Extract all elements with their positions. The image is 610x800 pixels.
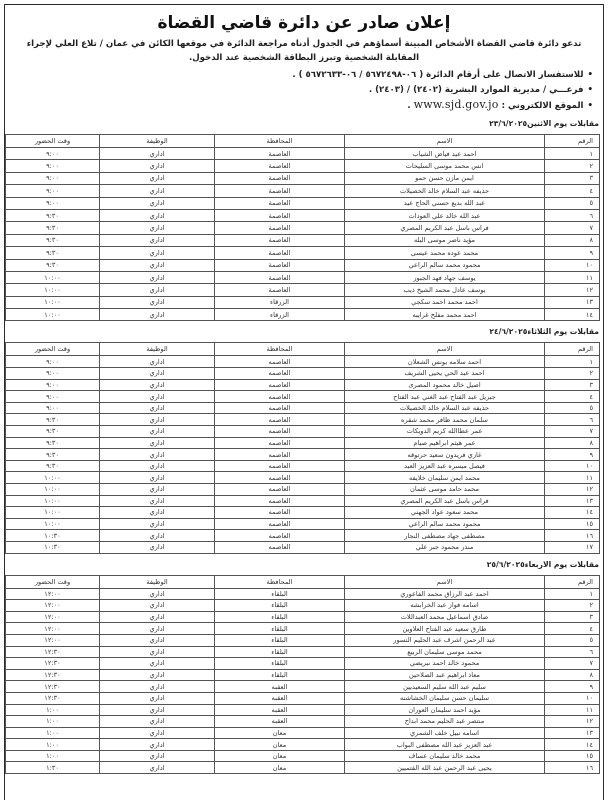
- cell-governorate: العقبه: [215, 704, 345, 716]
- table-row: ٣صادق اسماعيل محمد العبداللاتالبلقاءادار…: [6, 611, 600, 623]
- cell-name: محمد موسى سليمان الربيع: [345, 646, 545, 658]
- cell-number: ١١: [545, 472, 600, 484]
- cell-governorate: الزرقاء: [215, 309, 345, 321]
- cell-time: ٩:٣٠: [6, 247, 100, 259]
- cell-name: اسامه نبيل خلف الشمري: [345, 727, 545, 739]
- cell-number: ٦: [545, 209, 600, 221]
- cell-job: اداري: [100, 296, 215, 308]
- cell-governorate: العاصمه: [215, 437, 345, 449]
- cell-job: اداري: [100, 356, 215, 368]
- cell-governorate: العاصمه: [215, 391, 345, 403]
- cell-governorate: العاصمة: [215, 284, 345, 296]
- cell-time: ٩:٣٠: [6, 259, 100, 271]
- cell-time: ١:٠٠: [6, 727, 100, 739]
- cell-job: اداري: [100, 437, 215, 449]
- cell-number: ٨: [545, 669, 600, 681]
- cell-number: ٤: [545, 185, 600, 197]
- table-row: ٤حذيفه عبد السلام خالد الخصيلاتالعاصمةاد…: [6, 185, 600, 197]
- cell-number: ١٧: [545, 541, 600, 553]
- cell-job: اداري: [100, 634, 215, 646]
- cell-name: يوسف جهاد فهد الجبور: [345, 271, 545, 283]
- cell-number: ٤: [545, 391, 600, 403]
- cell-job: اداري: [100, 259, 215, 271]
- table-row: ١١مؤيد احمد سليمان العورانالعقبهاداري١:٠…: [6, 704, 600, 716]
- cell-time: ٩:٠٠: [6, 368, 100, 380]
- cell-governorate: العاصمة: [215, 271, 345, 283]
- cell-number: ١٥: [545, 750, 600, 762]
- cell-number: ١٢: [545, 716, 600, 728]
- cell-number: ٦: [545, 646, 600, 658]
- cell-time: ٩:٣٠: [6, 449, 100, 461]
- cell-governorate: العاصمه: [215, 484, 345, 496]
- cell-governorate: العاصمه: [215, 449, 345, 461]
- cell-time: ١٢:٣٠: [6, 646, 100, 658]
- cell-job: اداري: [100, 739, 215, 751]
- header-governorate: المحافظة: [215, 575, 345, 588]
- table-header-row: الرقم الاسم المحافظة الوظيفة وقت الحضور: [6, 135, 600, 148]
- cell-name: حذيفه عبد السلام خالد الخصيلات: [345, 402, 545, 414]
- cell-governorate: العاصمة: [215, 259, 345, 271]
- table-row: ٩غازي فريدون سعيد حرتوقهالعاصمهاداري٩:٣٠: [6, 449, 600, 461]
- cell-time: ١٠:٠٠: [6, 296, 100, 308]
- cell-number: ١٦: [545, 762, 600, 774]
- cell-number: ٨: [545, 437, 600, 449]
- cell-governorate: العاصمة: [215, 234, 345, 246]
- cell-number: ١: [545, 356, 600, 368]
- cell-governorate: البلقاء: [215, 588, 345, 600]
- schedule-table: الرقم الاسم المحافظة الوظيفة وقت الحضور …: [5, 342, 600, 553]
- cell-name: صادق اسماعيل محمد العبداللات: [345, 611, 545, 623]
- table-row: ٧عمر عطاالله كريم الدويكاتالعاصمهاداري٩:…: [6, 426, 600, 438]
- cell-governorate: البلقاء: [215, 669, 345, 681]
- cell-time: ٩:٣٠: [6, 222, 100, 234]
- cell-number: ٧: [545, 222, 600, 234]
- cell-governorate: معان: [215, 727, 345, 739]
- cell-name: محمد حامد موسى عثمان: [345, 484, 545, 496]
- cell-job: اداري: [100, 271, 215, 283]
- schedule-table: الرقم الاسم المحافظة الوظيفة وقت الحضور …: [5, 575, 600, 775]
- cell-governorate: معان: [215, 750, 345, 762]
- table-row: ١٠سليمان حسن سليمان الخشاشنهالعقبهاداري١…: [6, 692, 600, 704]
- table-row: ٥حذيفه عبد السلام خالد الخصيلاتالعاصمهاد…: [6, 402, 600, 414]
- cell-job: اداري: [100, 669, 215, 681]
- table-row: ٢اسامه فواز عبد الخرابشهالبلقاءاداري١٢:٠…: [6, 600, 600, 612]
- table-row: ٨معاذ ابراهيم عبد الصلاحينالبلقاءاداري١٢…: [6, 669, 600, 681]
- cell-governorate: البلقاء: [215, 600, 345, 612]
- cell-governorate: البلقاء: [215, 634, 345, 646]
- cell-name: يوسف عادل محمد الشيخ ذيب: [345, 284, 545, 296]
- cell-job: اداري: [100, 472, 215, 484]
- cell-job: اداري: [100, 681, 215, 693]
- cell-name: عبد العزيز عبد الله مصطفى البواب: [345, 739, 545, 751]
- cell-name: عبد الله بديع حسني الحاج عيد: [345, 197, 545, 209]
- table-header-row: الرقم الاسم المحافظة الوظيفة وقت الحضور: [6, 575, 600, 588]
- cell-time: ٩:٠٠: [6, 197, 100, 209]
- cell-governorate: العاصمه: [215, 541, 345, 553]
- table-row: ١احمد سلامه يونس الشعلانالعاصمهاداري٩:٠٠: [6, 356, 600, 368]
- cell-job: اداري: [100, 530, 215, 542]
- cell-name: اصيل خالد محمود المصرى: [345, 379, 545, 391]
- cell-number: ١٢: [545, 284, 600, 296]
- cell-job: اداري: [100, 518, 215, 530]
- cell-job: اداري: [100, 247, 215, 259]
- cell-job: اداري: [100, 600, 215, 612]
- cell-time: ١٠:٠٠: [6, 507, 100, 519]
- table-row: ٦عبد الله خالد علي العوداتالعاصمةاداري٩:…: [6, 209, 600, 221]
- cell-time: ١٠:٠٠: [6, 484, 100, 496]
- announcement-frame: إعلان صادر عن دائرة قاضي القضاة تدعو دائ…: [4, 4, 604, 800]
- cell-number: ١٣: [545, 296, 600, 308]
- header-number: الرقم: [545, 343, 600, 356]
- cell-number: ٩: [545, 681, 600, 693]
- cell-governorate: العاصمة: [215, 222, 345, 234]
- cell-job: اداري: [100, 426, 215, 438]
- schedule-section: مقابلات يوم الثلاثاء٢٤/٦/٢٠٢٥ الرقم الاس…: [5, 327, 603, 553]
- cell-job: اداري: [100, 234, 215, 246]
- cell-name: سليمان حسن سليمان الخشاشنه: [345, 692, 545, 704]
- cell-name: مؤيد احمد سليمان العوران: [345, 704, 545, 716]
- header-time: وقت الحضور: [6, 575, 100, 588]
- cell-name: مصطفى جهاد مصطفى النجار: [345, 530, 545, 542]
- cell-job: اداري: [100, 185, 215, 197]
- cell-number: ١١: [545, 271, 600, 283]
- cell-time: ١:٣٠: [6, 762, 100, 774]
- contact-bullets: للاستفسار الاتصال على أرقام الدائرة ( ٠٦…: [5, 68, 603, 113]
- announcement-intro: تدعو دائرة قاضي القضاة الأشخاص المبينة أ…: [5, 37, 603, 65]
- cell-time: ١٠:٠٠: [6, 309, 100, 321]
- table-row: ١احمد عبد الرزاق محمد الفاعوريالبلقاءادا…: [6, 588, 600, 600]
- header-job: الوظيفة: [100, 343, 215, 356]
- cell-name: ايمن مازن حسن حمو: [345, 172, 545, 184]
- header-number: الرقم: [545, 135, 600, 148]
- table-row: ١٤عبد العزيز عبد الله مصطفى البوابمعاناد…: [6, 739, 600, 751]
- cell-governorate: العاصمة: [215, 172, 345, 184]
- cell-number: ١٠: [545, 692, 600, 704]
- cell-governorate: البلقاء: [215, 658, 345, 670]
- cell-governorate: البلقاء: [215, 623, 345, 635]
- cell-name: محمد ايمن سليمان خلايفه: [345, 472, 545, 484]
- table-row: ١٥محمود محمد سالم الراعيالعاصمهاداري١٠:٠…: [6, 518, 600, 530]
- table-row: ١٦مصطفى جهاد مصطفى النجارالعاصمهاداري١٠:…: [6, 530, 600, 542]
- cell-time: ١٢:٣٠: [6, 681, 100, 693]
- table-row: ٥عبد الرحمن اشرف عبد الحليم النسورالبلقا…: [6, 634, 600, 646]
- cell-job: اداري: [100, 541, 215, 553]
- cell-name: غازي فريدون سعيد حرتوقه: [345, 449, 545, 461]
- cell-name: منذر محمود جبر علي: [345, 541, 545, 553]
- cell-time: ١٢:٠٠: [6, 611, 100, 623]
- cell-time: ٩:٠٠: [6, 160, 100, 172]
- table-row: ١٢يوسف عادل محمد الشيخ ذيبالعاصمةاداري١٠…: [6, 284, 600, 296]
- cell-time: ١:٠٠: [6, 704, 100, 716]
- cell-number: ١: [545, 148, 600, 160]
- schedule-section: مقابلات يوم الاربعاء٢٥/٦/٢٠٢٥ الرقم الاس…: [5, 560, 603, 775]
- cell-governorate: العاصمة: [215, 148, 345, 160]
- cell-time: ١٢:٠٠: [6, 600, 100, 612]
- table-row: ١٣اسامه نبيل خلف الشمريمعاناداري١:٠٠: [6, 727, 600, 739]
- cell-number: ٢: [545, 600, 600, 612]
- cell-name: عمر عطاالله كريم الدويكات: [345, 426, 545, 438]
- cell-governorate: العاصمه: [215, 530, 345, 542]
- table-row: ١٥محمد خالد سليمان عسافمعاناداري١:٠٠: [6, 750, 600, 762]
- cell-name: منتصر عبد الحليم محمد ابداح: [345, 716, 545, 728]
- cell-name: محمد سعود عواد الجهني: [345, 507, 545, 519]
- cell-job: اداري: [100, 172, 215, 184]
- table-row: ٦محمد موسى سليمان الربيعالبلقاءاداري١٢:٣…: [6, 646, 600, 658]
- cell-governorate: العاصمة: [215, 197, 345, 209]
- announcement-title: إعلان صادر عن دائرة قاضي القضاة: [5, 13, 603, 33]
- cell-time: ١٠:٠٠: [6, 495, 100, 507]
- cell-number: ٩: [545, 449, 600, 461]
- cell-number: ١٤: [545, 507, 600, 519]
- cell-number: ١٥: [545, 518, 600, 530]
- cell-time: ٩:٣٠: [6, 234, 100, 246]
- cell-job: اداري: [100, 209, 215, 221]
- cell-time: ١٠:٠٠: [6, 284, 100, 296]
- cell-number: ٢: [545, 160, 600, 172]
- cell-job: اداري: [100, 160, 215, 172]
- cell-name: انس محمد موسى السليحات: [345, 160, 545, 172]
- cell-time: ١:٠٠: [6, 739, 100, 751]
- cell-name: محمود خالد احمد نبريصي: [345, 658, 545, 670]
- cell-name: سليم عبد الله سليم السعيديين: [345, 681, 545, 693]
- cell-number: ٣: [545, 611, 600, 623]
- cell-job: اداري: [100, 368, 215, 380]
- cell-governorate: العاصمه: [215, 402, 345, 414]
- header-job: الوظيفة: [100, 135, 215, 148]
- cell-number: ١٦: [545, 530, 600, 542]
- cell-number: ١٠: [545, 259, 600, 271]
- cell-job: اداري: [100, 379, 215, 391]
- cell-name: سلمان محمد ظافر محمد شقره: [345, 414, 545, 426]
- cell-time: ٩:٠٠: [6, 379, 100, 391]
- cell-governorate: العاصمه: [215, 472, 345, 484]
- cell-time: ١٠:٣٠: [6, 541, 100, 553]
- table-row: ١٤احمد محمد مفلح غرايبهالزرقاءاداري١٠:٠٠: [6, 309, 600, 321]
- table-row: ١٦يحيى عبد الرحمن عبد الله القتميينمعانا…: [6, 762, 600, 774]
- cell-name: عمر هيثم ابراهيم صيام: [345, 437, 545, 449]
- cell-job: اداري: [100, 507, 215, 519]
- cell-name: محمد خالد سليمان عساف: [345, 750, 545, 762]
- table-row: ١٧منذر محمود جبر عليالعاصمهاداري١٠:٣٠: [6, 541, 600, 553]
- table-row: ١١يوسف جهاد فهد الجبورالعاصمةاداري١٠:٠٠: [6, 271, 600, 283]
- cell-name: طارق سعيد عبد الفتاح العلاوين: [345, 623, 545, 635]
- website-link[interactable]: www.sjd.gov.jo: [414, 98, 499, 111]
- cell-name: احمد محمد مفلح غرايبه: [345, 309, 545, 321]
- cell-job: اداري: [100, 222, 215, 234]
- cell-time: ٩:٠٠: [6, 391, 100, 403]
- table-row: ٣ايمن مازن حسن حموالعاصمةاداري٩:٠٠: [6, 172, 600, 184]
- table-row: ١احمد عيد فياض الشيابالعاصمةاداري٩:٠٠: [6, 148, 600, 160]
- cell-time: ١٢:٠٠: [6, 634, 100, 646]
- cell-name: محمود محمد سالم الراعي: [345, 259, 545, 271]
- bullet-extension: فرعـــي / مديرية الموارد البشرية (٢٤٠٢) …: [5, 83, 593, 97]
- cell-governorate: العاصمه: [215, 379, 345, 391]
- cell-job: اداري: [100, 623, 215, 635]
- cell-governorate: العاصمه: [215, 507, 345, 519]
- cell-job: اداري: [100, 646, 215, 658]
- table-row: ٣اصيل خالد محمود المصرىالعاصمهاداري٩:٠٠: [6, 379, 600, 391]
- cell-governorate: العقبه: [215, 692, 345, 704]
- cell-time: ١٠:٠٠: [6, 271, 100, 283]
- cell-time: ٩:٠٠: [6, 185, 100, 197]
- cell-name: حذيفه عبد السلام خالد الخصيلات: [345, 185, 545, 197]
- cell-governorate: العاصمه: [215, 356, 345, 368]
- cell-number: ٨: [545, 234, 600, 246]
- cell-governorate: معان: [215, 762, 345, 774]
- section-title: مقابلات يوم الاربعاء٢٥/٦/٢٠٢٥: [5, 560, 599, 570]
- bullet-website: الموقع الالكتروني : www.sjd.gov.jo .: [5, 98, 593, 113]
- cell-governorate: الزرقاء: [215, 296, 345, 308]
- table-row: ٦سلمان محمد ظافر محمد شقرهالعاصمهاداري٩:…: [6, 414, 600, 426]
- cell-time: ٩:٣٠: [6, 414, 100, 426]
- header-governorate: المحافظة: [215, 135, 345, 148]
- cell-governorate: العاصمة: [215, 185, 345, 197]
- cell-job: اداري: [100, 727, 215, 739]
- header-name: الاسم: [345, 343, 545, 356]
- cell-job: اداري: [100, 750, 215, 762]
- cell-time: ٩:٠٠: [6, 148, 100, 160]
- cell-name: احمد محمد احمد سكجي: [345, 296, 545, 308]
- cell-governorate: العقبه: [215, 681, 345, 693]
- table-row: ٩سليم عبد الله سليم السعيديينالعقبهاداري…: [6, 681, 600, 693]
- cell-number: ٧: [545, 426, 600, 438]
- cell-job: اداري: [100, 762, 215, 774]
- cell-number: ١٣: [545, 495, 600, 507]
- cell-name: احمد عبد الرزاق محمد الفاعوري: [345, 588, 545, 600]
- table-row: ١٤محمد سعود عواد الجهنيالعاصمهاداري١٠:٠٠: [6, 507, 600, 519]
- cell-job: اداري: [100, 309, 215, 321]
- cell-governorate: العاصمة: [215, 209, 345, 221]
- cell-name: عبد الله خالد علي العودات: [345, 209, 545, 221]
- cell-number: ١١: [545, 704, 600, 716]
- cell-time: ١٢:٣٠: [6, 692, 100, 704]
- table-row: ١٠فيصل ميسره عبد العزيز العبدالعاصمهادار…: [6, 460, 600, 472]
- cell-number: ١٠: [545, 460, 600, 472]
- section-title: مقابلات يوم الاثنين٢٣/٦/٢٠٢٥: [5, 119, 599, 129]
- bullet-phone: للاستفسار الاتصال على أرقام الدائرة ( ٠٦…: [5, 68, 593, 82]
- cell-time: ٩:٠٠: [6, 356, 100, 368]
- section-title: مقابلات يوم الثلاثاء٢٤/٦/٢٠٢٥: [5, 327, 599, 337]
- cell-time: ٩:٣٠: [6, 460, 100, 472]
- cell-number: ١٤: [545, 739, 600, 751]
- cell-number: ٢: [545, 368, 600, 380]
- cell-name: فراس باسل عبد الكريم المصري: [345, 495, 545, 507]
- cell-name: احمد عيد فياض الشياب: [345, 148, 545, 160]
- cell-job: اداري: [100, 658, 215, 670]
- cell-name: محمود محمد سالم الراعي: [345, 518, 545, 530]
- cell-governorate: العاصمه: [215, 368, 345, 380]
- cell-governorate: العاصمة: [215, 247, 345, 259]
- cell-time: ١٠:٣٠: [6, 530, 100, 542]
- table-row: ١١محمد ايمن سليمان خلايفهالعاصمهاداري١٠:…: [6, 472, 600, 484]
- cell-number: ١٢: [545, 484, 600, 496]
- header-job: الوظيفة: [100, 575, 215, 588]
- cell-name: محمد عوده محمد عيسى: [345, 247, 545, 259]
- cell-number: ١: [545, 588, 600, 600]
- table-row: ٤طارق سعيد عبد الفتاح العلاوينالبلقاءادا…: [6, 623, 600, 635]
- cell-number: ٩: [545, 247, 600, 259]
- cell-number: ٣: [545, 172, 600, 184]
- cell-name: احمد عبد الحي يحيى الشريف: [345, 368, 545, 380]
- header-name: الاسم: [345, 575, 545, 588]
- cell-name: مؤيد ناصر موسى البله: [345, 234, 545, 246]
- cell-time: ٩:٠٠: [6, 172, 100, 184]
- cell-job: اداري: [100, 197, 215, 209]
- header-governorate: المحافظة: [215, 343, 345, 356]
- cell-number: ٦: [545, 414, 600, 426]
- cell-governorate: العاصمه: [215, 495, 345, 507]
- cell-number: ٣: [545, 379, 600, 391]
- cell-governorate: معان: [215, 739, 345, 751]
- cell-time: ١٠:٠٠: [6, 518, 100, 530]
- cell-number: ٥: [545, 634, 600, 646]
- cell-name: فراس باسل عبد الكريم المصري: [345, 222, 545, 234]
- cell-name: احمد سلامه يونس الشعلان: [345, 356, 545, 368]
- cell-governorate: العاصمه: [215, 414, 345, 426]
- cell-job: اداري: [100, 611, 215, 623]
- cell-job: اداري: [100, 402, 215, 414]
- cell-job: اداري: [100, 484, 215, 496]
- cell-governorate: البلقاء: [215, 611, 345, 623]
- table-row: ١٢محمد حامد موسى عثمانالعاصمهاداري١٠:٠٠: [6, 484, 600, 496]
- table-row: ٧فراس باسل عبد الكريم المصريالعاصمةاداري…: [6, 222, 600, 234]
- cell-governorate: العاصمة: [215, 160, 345, 172]
- table-row: ٥عبد الله بديع حسني الحاج عيدالعاصمةادار…: [6, 197, 600, 209]
- cell-number: ٧: [545, 658, 600, 670]
- schedule-table: الرقم الاسم المحافظة الوظيفة وقت الحضور …: [5, 134, 600, 321]
- cell-name: فيصل ميسره عبد العزيز العبد: [345, 460, 545, 472]
- table-row: ٧محمود خالد احمد نبريصيالبلقاءاداري١٢:٣٠: [6, 658, 600, 670]
- cell-name: جبريل عبد الفتاح عبد الغني عبد الفتاح: [345, 391, 545, 403]
- cell-job: اداري: [100, 495, 215, 507]
- cell-job: اداري: [100, 692, 215, 704]
- cell-time: ١٢:٣٠: [6, 658, 100, 670]
- cell-name: عبد الرحمن اشرف عبد الحليم النسور: [345, 634, 545, 646]
- cell-time: ١٢:٣٠: [6, 669, 100, 681]
- table-row: ٢انس محمد موسى السليحاتالعاصمةاداري٩:٠٠: [6, 160, 600, 172]
- cell-time: ٩:٣٠: [6, 426, 100, 438]
- cell-name: معاذ ابراهيم عبد الصلاحين: [345, 669, 545, 681]
- cell-job: اداري: [100, 716, 215, 728]
- cell-job: اداري: [100, 704, 215, 716]
- cell-governorate: العاصمه: [215, 426, 345, 438]
- table-row: ١٢منتصر عبد الحليم محمد ابداحالعقبهاداري…: [6, 716, 600, 728]
- cell-job: اداري: [100, 449, 215, 461]
- table-row: ٤جبريل عبد الفتاح عبد الغني عبد الفتاحال…: [6, 391, 600, 403]
- cell-time: ١:٠٠: [6, 750, 100, 762]
- table-row: ١٣احمد محمد احمد سكجيالزرقاءاداري١٠:٠٠: [6, 296, 600, 308]
- header-number: الرقم: [545, 575, 600, 588]
- cell-governorate: العقبه: [215, 716, 345, 728]
- cell-job: اداري: [100, 284, 215, 296]
- cell-number: ٤: [545, 623, 600, 635]
- table-row: ٢احمد عبد الحي يحيى الشريفالعاصمهاداري٩:…: [6, 368, 600, 380]
- cell-name: اسامه فواز عبد الخرابشه: [345, 600, 545, 612]
- cell-time: ١٠:٠٠: [6, 472, 100, 484]
- header-name: الاسم: [345, 135, 545, 148]
- cell-job: اداري: [100, 391, 215, 403]
- table-row: ٨عمر هيثم ابراهيم صيامالعاصمهاداري٩:٣٠: [6, 437, 600, 449]
- cell-job: اداري: [100, 414, 215, 426]
- table-row: ٨مؤيد ناصر موسى البلهالعاصمةاداري٩:٣٠: [6, 234, 600, 246]
- cell-time: ١٢:٠٠: [6, 588, 100, 600]
- cell-time: ١:٠٠: [6, 716, 100, 728]
- website-label: الموقع الالكتروني :: [502, 101, 584, 111]
- cell-number: ٥: [545, 402, 600, 414]
- table-row: ١٠محمود محمد سالم الراعيالعاصمةاداري٩:٣٠: [6, 259, 600, 271]
- schedule-sections: مقابلات يوم الاثنين٢٣/٦/٢٠٢٥ الرقم الاسم…: [5, 119, 603, 774]
- cell-time: ٩:٠٠: [6, 402, 100, 414]
